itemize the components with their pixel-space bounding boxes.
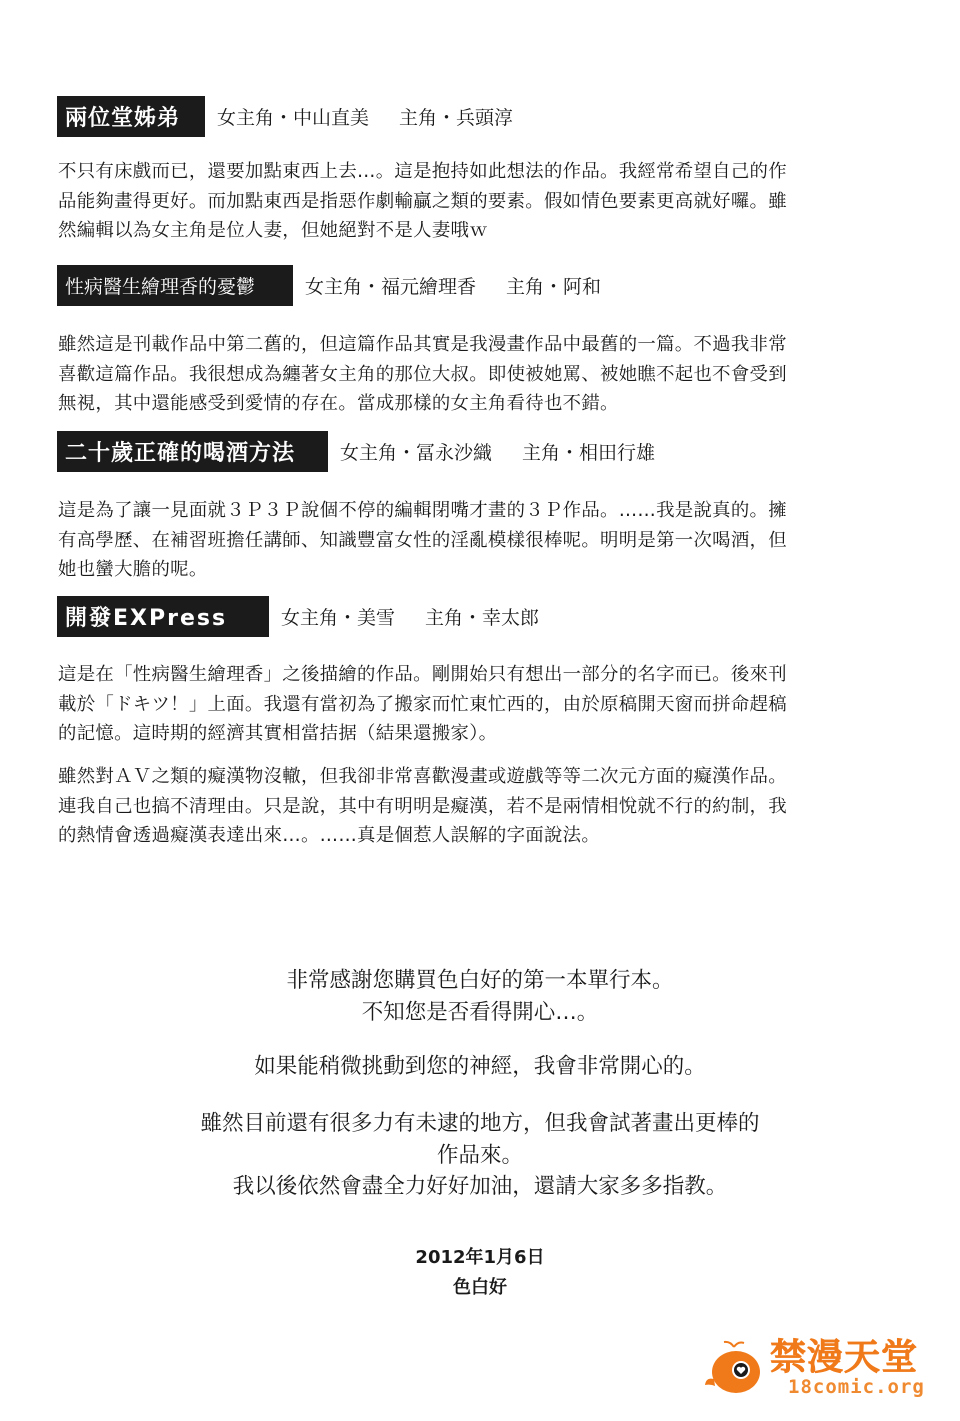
hero-credit: 主角・兵頭淳 [399, 103, 513, 130]
section-body: 這是為了讓一見面就３Ｐ３Ｐ說個不停的編輯閉嘴才畫的３Ｐ作品。……我是說真的。擁 … [58, 496, 878, 585]
section-header: 性病醫生繪理香的憂鬱 女主角・福元繪理香 主角・阿和 [57, 265, 601, 306]
signoff-author: 色白好 [0, 1275, 960, 1300]
cast-list: 女主角・冨永沙織 主角・相田行雄 [340, 438, 655, 465]
cast-list: 女主角・美雪 主角・幸太郎 [281, 603, 539, 630]
closing-line: 作品來。 [0, 1140, 960, 1172]
closing-line: 不知您是否看得開心…。 [0, 997, 960, 1029]
watermark-name: 禁漫天堂 [770, 1339, 918, 1377]
heroine-credit: 女主角・冨永沙織 [340, 438, 492, 465]
section-header: 兩位堂姊弟 女主角・中山直美 主角・兵頭淳 [57, 96, 513, 137]
heroine-credit: 女主角・中山直美 [217, 103, 369, 130]
hero-credit: 主角・幸太郎 [425, 603, 539, 630]
heroine-credit: 女主角・福元繪理香 [305, 272, 476, 299]
section-header: 開發EXPress 女主角・美雪 主角・幸太郎 [57, 596, 539, 637]
section-title: 二十歲正確的喝酒方法 [57, 431, 328, 472]
section-body: 雖然這是刊載作品中第二舊的，但這篇作品其實是我漫畫作品中最舊的一篇。不過我非常 … [58, 330, 878, 419]
closing-line: 雖然目前還有很多力有未逮的地方，但我會試著畫出更棒的 [0, 1108, 960, 1140]
heroine-credit: 女主角・美雪 [281, 603, 395, 630]
closing-line: 如果能稍微挑動到您的神經，我會非常開心的。 [0, 1051, 960, 1083]
closing-line: 我以後依然會盡全力好好加油，還請大家多多指教。 [0, 1171, 960, 1203]
section-title: 性病醫生繪理香的憂鬱 [57, 265, 293, 306]
closing-line: 非常感謝您購買色白好的第一本單行本。 [0, 965, 960, 997]
watermark-url[interactable]: 18comic.org [788, 1377, 925, 1397]
cast-list: 女主角・福元繪理香 主角・阿和 [305, 272, 601, 299]
mascot-logo-icon [704, 1337, 766, 1399]
section-title: 兩位堂姊弟 [57, 96, 205, 137]
section-title: 開發EXPress [57, 596, 269, 637]
section-body: 這是在「性病醫生繪理香」之後描繪的作品。剛開始只有想出一部分的名字而已。後來刊 … [58, 660, 878, 749]
signoff-date: 2012年1月6日 [0, 1245, 960, 1270]
hero-credit: 主角・相田行雄 [522, 438, 655, 465]
section-body: 不只有床戲而已，還要加點東西上去…。這是抱持如此想法的作品。我經常希望自己的作 … [58, 157, 878, 246]
cast-list: 女主角・中山直美 主角・兵頭淳 [217, 103, 513, 130]
afterword-page: 兩位堂姊弟 女主角・中山直美 主角・兵頭淳 不只有床戲而已，還要加點東西上去…。… [0, 0, 960, 1421]
section-header: 二十歲正確的喝酒方法 女主角・冨永沙織 主角・相田行雄 [57, 431, 655, 472]
watermark-text: 禁漫天堂 18comic.org [770, 1339, 925, 1397]
site-watermark[interactable]: 禁漫天堂 18comic.org [704, 1337, 925, 1399]
hero-credit: 主角・阿和 [506, 272, 601, 299]
afterword-paragraph: 雖然對ＡＶ之類的癡漢物沒轍，但我卻非常喜歡漫畫或遊戲等等二次元方面的癡漢作品。 … [58, 762, 878, 851]
